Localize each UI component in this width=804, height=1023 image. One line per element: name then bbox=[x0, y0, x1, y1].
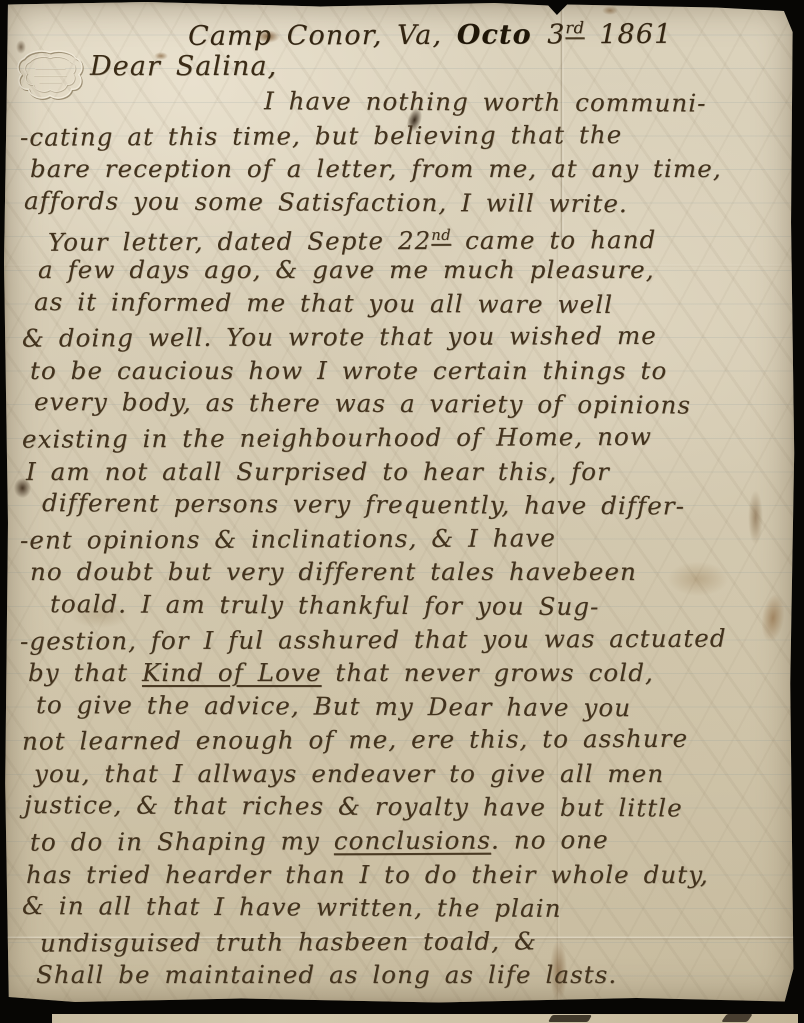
letter-page: Camp Conor, Va, Octo 3rd 1861Dear Salina… bbox=[4, 2, 795, 1004]
letter-line-salutation: Dear Salina, bbox=[20, 48, 785, 85]
letter-line-body: bare reception of a letter, from me, at … bbox=[20, 152, 785, 186]
letter-line-body: Shall be maintained as long as life last… bbox=[20, 958, 785, 992]
letter-text-segment: & in all that I have written, the plain bbox=[22, 891, 562, 923]
next-page-writing-mark bbox=[548, 1015, 592, 1022]
letter-text-segment: -ent opinions & inclinations, & I have bbox=[20, 523, 556, 554]
letter-text-segment: I am not atall Surprised to hear this, f… bbox=[26, 457, 610, 486]
letter-text-segment: Shall be maintained as long as life last… bbox=[36, 960, 617, 989]
letter-text-segment: by that bbox=[28, 658, 142, 687]
letter-line-body: toald. I am truly thankful for you Sug- bbox=[20, 587, 785, 625]
letter-text-segment: -cating at this time, but believing that… bbox=[20, 120, 622, 152]
letter-line-body: & doing well. You wrote that you wished … bbox=[20, 318, 785, 355]
letter-line-body: undisguised truth hasbeen toald, & bbox=[20, 923, 785, 960]
letter-text-segment: to be caucious how I wrote certain thing… bbox=[30, 356, 667, 385]
letter-text-segment: Camp Conor, Va, bbox=[188, 20, 457, 52]
next-page-writing-mark bbox=[721, 1014, 753, 1022]
letter-text-segment: & doing well. You wrote that you wished … bbox=[22, 321, 657, 353]
letter-text-segment: 3 bbox=[547, 19, 565, 50]
letter-text-segment: Octo bbox=[457, 19, 547, 50]
letter-text-segment: as it informed me that you all ware well bbox=[34, 287, 613, 319]
letter-line-body: as it informed me that you all ware well bbox=[20, 285, 785, 323]
letter-text-segment: not learned enough of me, ere this, to a… bbox=[22, 724, 688, 756]
letter-text-segment: came to hand bbox=[451, 225, 656, 255]
letter-text-segment: existing in the neighbourhood of Home, n… bbox=[22, 422, 652, 454]
letter-line-body: -cating at this time, but believing that… bbox=[20, 117, 785, 154]
letter-text-segment: different persons very frequently, have … bbox=[42, 488, 685, 520]
letter-line-body: existing in the neighbourhood of Home, n… bbox=[20, 419, 785, 456]
letter-line-body: to give the advice, But my Dear have you bbox=[20, 688, 785, 726]
letter-line-body: to be caucious how I wrote certain thing… bbox=[20, 354, 785, 388]
letter-line-body: not learned enough of me, ere this, to a… bbox=[20, 722, 785, 759]
letter-text-segment: conclusions bbox=[334, 826, 491, 856]
letter-line-heading: Camp Conor, Va, Octo 3rd 1861 bbox=[20, 8, 785, 49]
letter-line-body: you, that I allways endeaver to give all… bbox=[20, 757, 785, 791]
letter-text-segment: undisguised truth hasbeen toald, & bbox=[40, 926, 537, 957]
letter-line-body: justice, & that riches & royalty have bu… bbox=[20, 788, 785, 826]
letter-text-segment: Kind of Love bbox=[142, 658, 322, 687]
letter-line-body: affords you some Satisfaction, I will wr… bbox=[20, 184, 785, 222]
letter-line-body: & in all that I have written, the plain bbox=[20, 889, 785, 927]
letter-text-segment: toald. I am truly thankful for you Sug- bbox=[50, 589, 600, 621]
letter-text-segment: every body, as there was a variety of op… bbox=[34, 387, 691, 419]
letter-text-segment: Dear Salina, bbox=[90, 51, 277, 82]
letter-text-segment: you, that I allways endeaver to give all… bbox=[34, 759, 664, 788]
letter-text-segment: affords you some Satisfaction, I will wr… bbox=[24, 186, 628, 218]
letter-line-body: different persons very frequently, have … bbox=[20, 486, 785, 524]
letter-line-body: a few days ago, & gave me much pleasure, bbox=[20, 253, 785, 287]
letter-lines: Camp Conor, Va, Octo 3rd 1861Dear Salina… bbox=[20, 10, 785, 992]
letter-text-segment: 1861 bbox=[584, 19, 672, 50]
letter-line-body: no doubt but very different tales havebe… bbox=[20, 555, 785, 589]
letter-text-segment: no doubt but very different tales havebe… bbox=[30, 557, 637, 586]
letter-text-segment: rd bbox=[565, 18, 584, 37]
letter-line-body: Your letter, dated Septe 22nd came to ha… bbox=[20, 218, 785, 255]
letter-line-body: I have nothing worth communi- bbox=[20, 83, 785, 121]
letter-line-body: every body, as there was a variety of op… bbox=[20, 385, 785, 423]
letter-text-segment: -gestion, for I ful asshured that you wa… bbox=[20, 623, 727, 655]
next-page-edge bbox=[52, 1014, 798, 1023]
letter-text-segment: a few days ago, & gave me much pleasure, bbox=[38, 255, 655, 284]
letter-text-segment: nd bbox=[431, 227, 451, 244]
letter-line-body: has tried hearder than I to do their who… bbox=[20, 858, 785, 892]
letter-text-segment: has tried hearder than I to do their who… bbox=[26, 860, 709, 889]
letter-text-segment: bare reception of a letter, from me, at … bbox=[30, 154, 722, 183]
letter-text-segment: . no one bbox=[491, 825, 609, 855]
letter-text-segment: to do in Shaping my bbox=[30, 826, 334, 856]
letter-text-segment: Your letter, dated Septe 22 bbox=[48, 226, 431, 257]
letter-line-body: I am not atall Surprised to hear this, f… bbox=[20, 455, 785, 489]
letter-text-segment: to give the advice, But my Dear have you bbox=[36, 690, 631, 722]
letter-line-body: to do in Shaping my conclusions. no one bbox=[20, 822, 785, 859]
letter-text-segment: I have nothing worth communi- bbox=[264, 86, 707, 117]
letter-text-segment: justice, & that riches & royalty have bu… bbox=[24, 790, 683, 822]
letter-text-segment: that never grows cold, bbox=[322, 658, 654, 687]
scanned-letter-photo: Camp Conor, Va, Octo 3rd 1861Dear Salina… bbox=[0, 0, 804, 1023]
letter-line-body: -ent opinions & inclinations, & I have bbox=[20, 520, 785, 557]
letter-line-body: by that Kind of Love that never grows co… bbox=[20, 656, 785, 690]
letter-line-body: -gestion, for I ful asshured that you wa… bbox=[20, 621, 785, 658]
